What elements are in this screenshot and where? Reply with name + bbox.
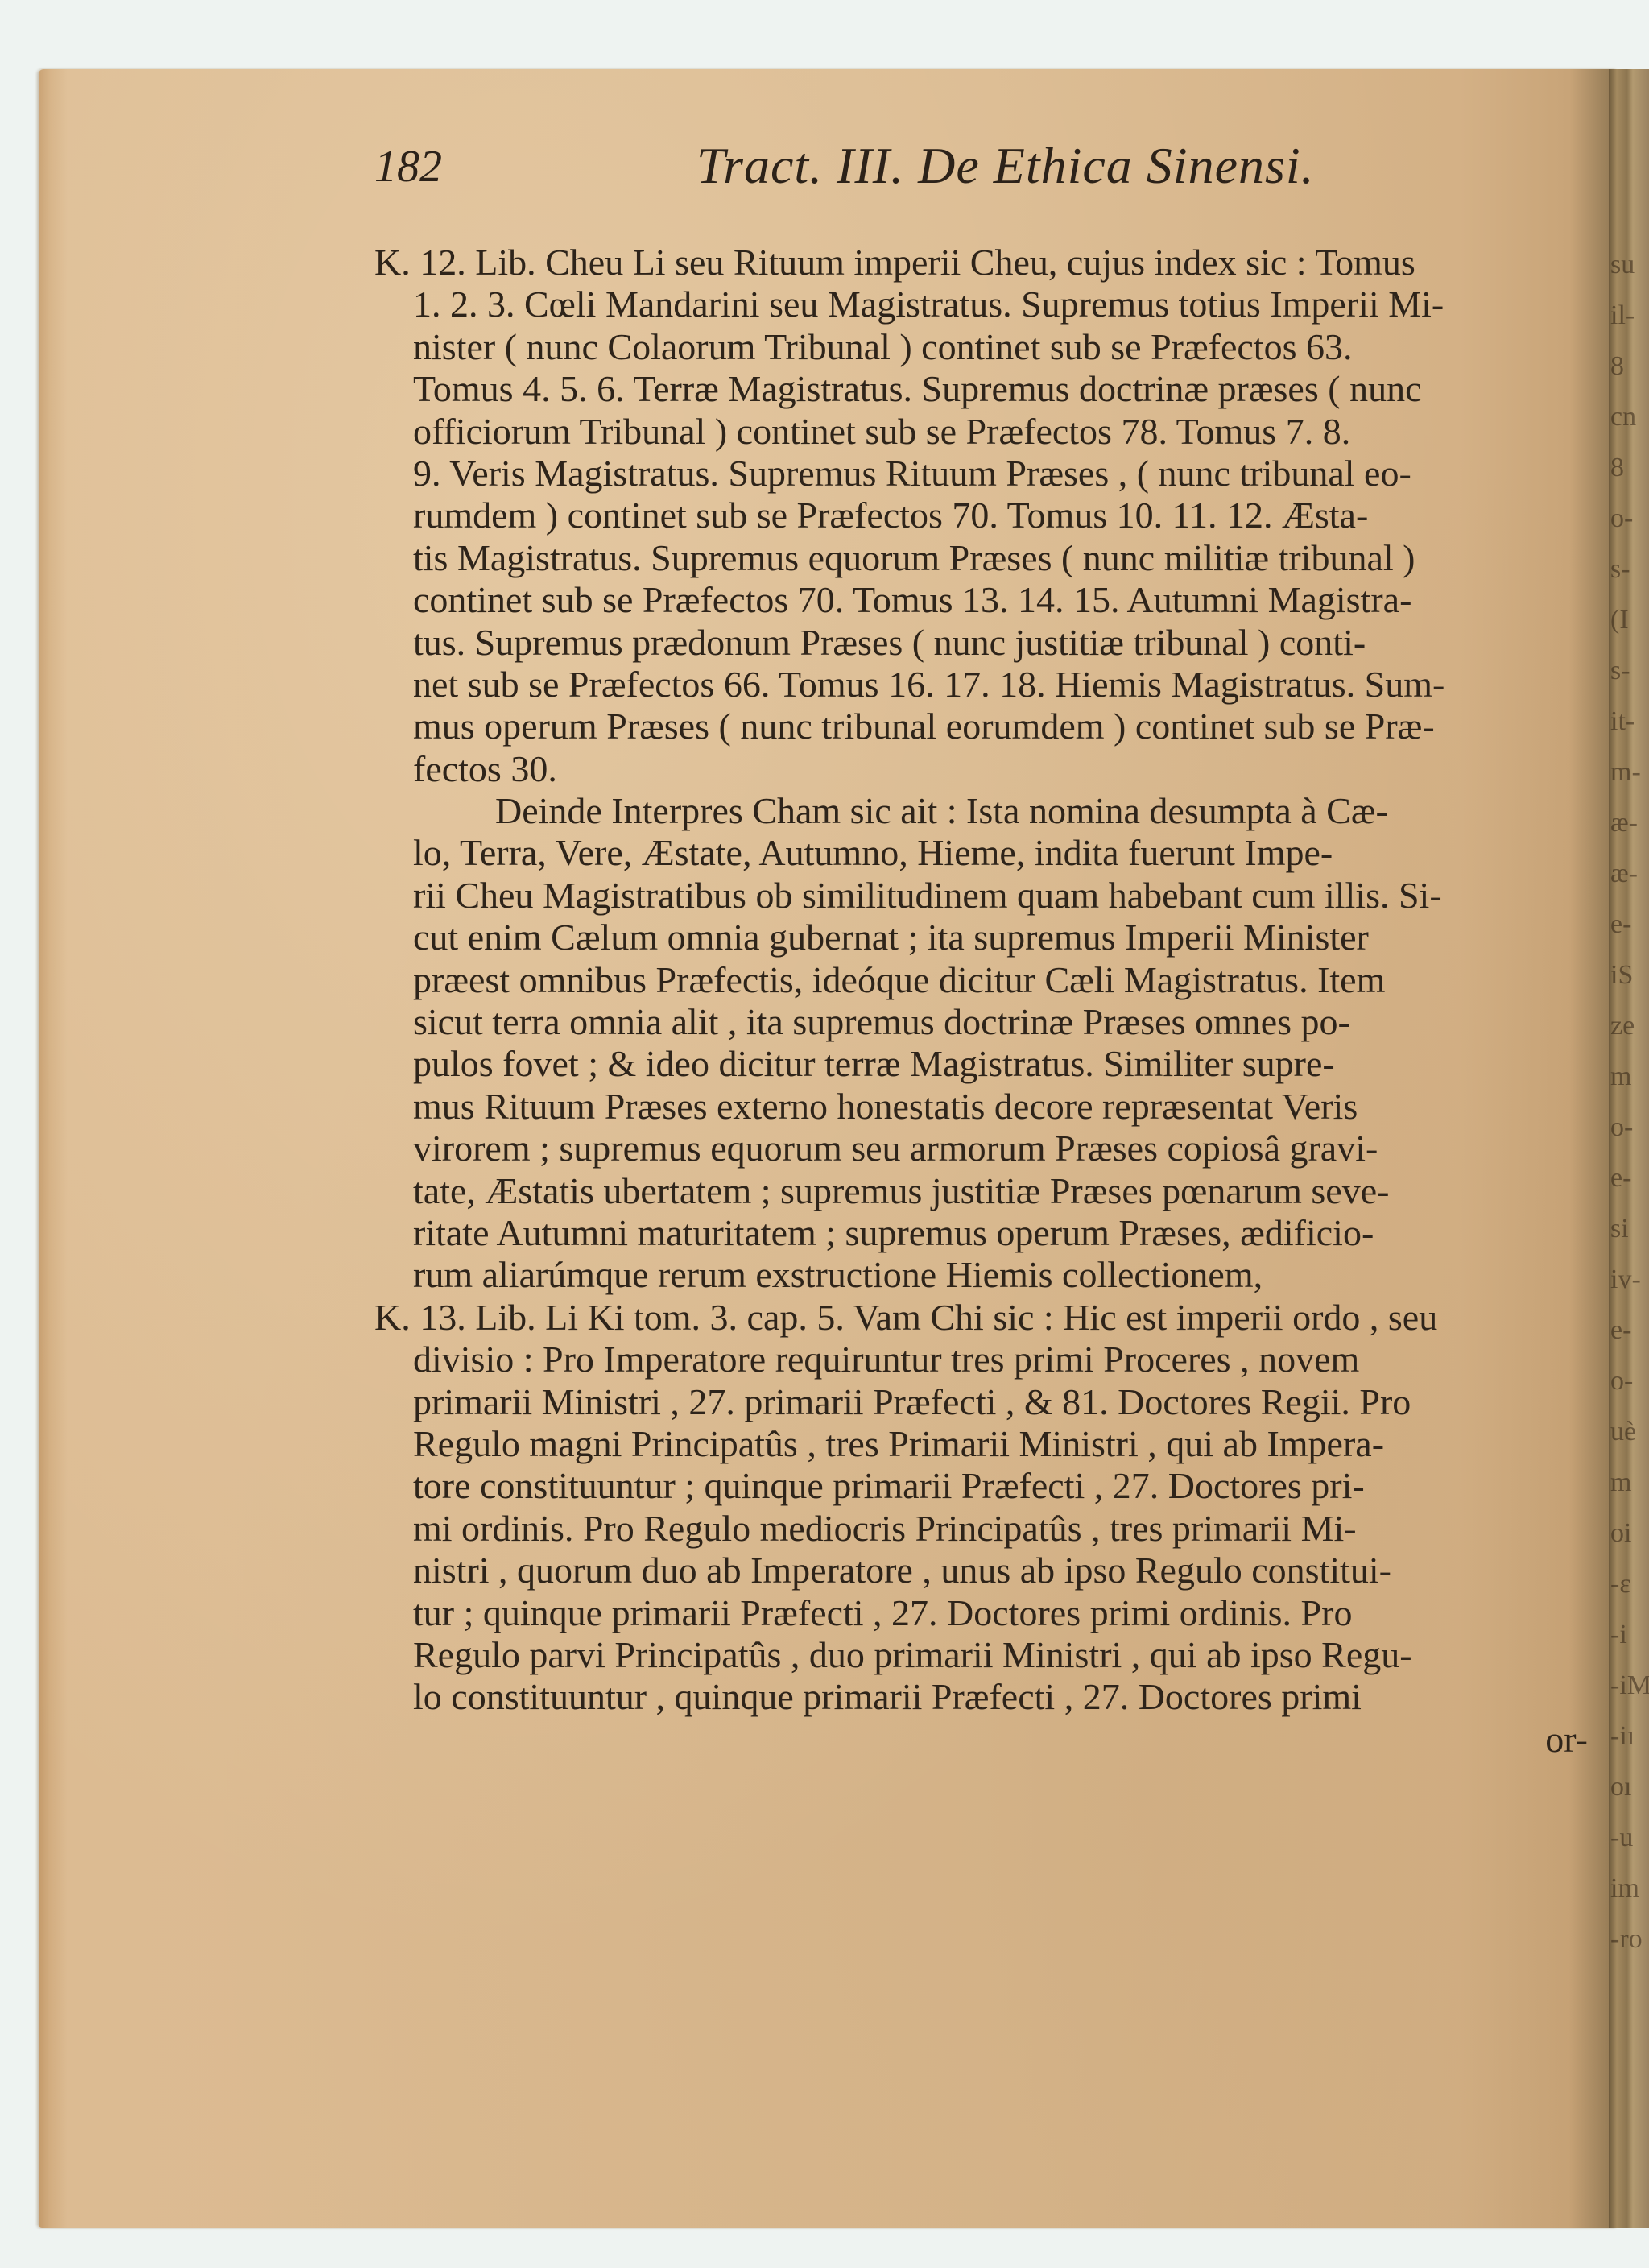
bleed-fragment: im — [1610, 1873, 1639, 1904]
body-text: K. 12. Lib. Cheu Li seu Rituum imperii C… — [374, 242, 1618, 1761]
text-line: 9. Veris Magistratus. Supremus Rituum Pr… — [374, 453, 1618, 495]
bleed-fragment: iv- — [1610, 1264, 1641, 1295]
bleed-fragment: -iM — [1610, 1670, 1649, 1701]
text-line: mus Rituum Præses externo honestatis dec… — [374, 1086, 1618, 1128]
bleed-fragment: 8 — [1610, 351, 1624, 382]
text-line: K. 12. Lib. Cheu Li seu Rituum imperii C… — [374, 242, 1618, 283]
bleed-fragment: ze — [1610, 1011, 1635, 1041]
bleed-fragment: s- — [1610, 554, 1630, 585]
bleed-fragment: e- — [1610, 1163, 1631, 1194]
bleed-fragment: æ- — [1610, 859, 1638, 889]
bleed-fragment: e- — [1610, 909, 1631, 940]
text-line: tis Magistratus. Supremus equorum Præses… — [374, 537, 1618, 579]
bleed-fragment: si — [1610, 1214, 1629, 1244]
facing-page-bleed: suil-8cn8o-s-(Is-it-m-æ-æ-e-iSzemo-e-sii… — [1609, 0, 1649, 2268]
bleed-fragment: su — [1610, 250, 1635, 280]
bleed-fragment: -u — [1610, 1823, 1633, 1853]
text-line: mus operum Præses ( nunc tribunal eorumd… — [374, 706, 1618, 747]
text-line: Deinde Interpres Cham sic ait : Ista nom… — [374, 790, 1618, 832]
text-line: cut enim Cælum omnia gubernat ; ita supr… — [374, 917, 1618, 958]
page-header: 182 Tract. III. De Ethica Sinensi. — [374, 141, 1606, 205]
bleed-fragment: oi — [1610, 1518, 1631, 1549]
text-line: ritate Autumni maturitatem ; supremus op… — [374, 1212, 1618, 1254]
bleed-fragment: m — [1610, 1062, 1631, 1092]
text-line: præest omnibus Præfectis, ideóque dicitu… — [374, 959, 1618, 1001]
bleed-fragment: -i — [1610, 1620, 1627, 1650]
bleed-fragment: (I — [1610, 605, 1629, 635]
text-line: lo constituuntur , quinque primarii Præf… — [374, 1676, 1618, 1718]
bleed-fragment: it- — [1610, 706, 1635, 737]
text-line: rum aliarúmque rerum exstructione Hiemis… — [374, 1254, 1618, 1296]
text-line: tur ; quinque primarii Præfecti , 27. Do… — [374, 1592, 1618, 1634]
bleed-fragment: -iı — [1610, 1721, 1635, 1752]
text-line: rumdem ) continet sub se Præfectos 70. T… — [374, 495, 1618, 536]
bleed-fragment: m — [1610, 1467, 1631, 1498]
text-line: fectos 30. — [374, 748, 1618, 790]
text-line: net sub se Præfectos 66. Tomus 16. 17. 1… — [374, 664, 1618, 706]
text-line: pulos fovet ; & ideo dicitur terræ Magis… — [374, 1043, 1618, 1085]
bleed-fragment: -ro — [1610, 1924, 1643, 1955]
text-line: nister ( nunc Colaorum Tribunal ) contin… — [374, 326, 1618, 368]
text-line: divisio : Pro Imperatore requiruntur tre… — [374, 1339, 1618, 1380]
text-line: primarii Ministri , 27. primarii Præfect… — [374, 1381, 1618, 1423]
bleed-fragment: oı — [1610, 1772, 1631, 1802]
catchword: or- — [374, 1719, 1618, 1761]
bleed-fragment: o- — [1610, 1366, 1633, 1397]
text-line: tore constituuntur ; quinque primarii Pr… — [374, 1465, 1618, 1507]
bleed-fragment: 8 — [1610, 453, 1624, 483]
text-line: nistri , quorum duo ab Imperatore , unus… — [374, 1550, 1618, 1591]
text-line: K. 13. Lib. Li Ki tom. 3. cap. 5. Vam Ch… — [374, 1297, 1618, 1339]
bleed-fragment: m- — [1610, 757, 1641, 788]
text-line: lo, Terra, Vere, Æstate, Autumno, Hieme,… — [374, 832, 1618, 874]
text-line: tate, Æstatis ubertatem ; supremus justi… — [374, 1170, 1618, 1212]
text-line: 1. 2. 3. Cœli Mandarini seu Magistratus.… — [374, 283, 1618, 325]
text-line: Regulo magni Principatûs , tres Primarii… — [374, 1423, 1618, 1465]
bleed-fragment: æ- — [1610, 808, 1638, 838]
text-line: virorem ; supremus equorum seu armorum P… — [374, 1128, 1618, 1169]
text-line: Tomus 4. 5. 6. Terræ Magistratus. Suprem… — [374, 368, 1618, 410]
bleed-fragment: e- — [1610, 1315, 1631, 1346]
bleed-fragment: o- — [1610, 1112, 1633, 1143]
bleed-fragment: il- — [1610, 300, 1635, 331]
bleed-fragment: o- — [1610, 503, 1633, 534]
page-number: 182 — [374, 141, 442, 192]
bleed-fragment: cn — [1610, 402, 1636, 432]
text-line: officiorum Tribunal ) continet sub se Pr… — [374, 411, 1618, 453]
text-line: Regulo parvi Principatûs , duo primarii … — [374, 1634, 1618, 1676]
text-line: mi ordinis. Pro Regulo mediocris Princip… — [374, 1508, 1618, 1550]
bleed-fragment: uè — [1610, 1417, 1636, 1447]
text-line: rii Cheu Magistratibus ob similitudinem … — [374, 875, 1618, 917]
text-line: tus. Supremus prædonum Præses ( nunc jus… — [374, 622, 1618, 664]
bleed-fragment: iS — [1610, 960, 1633, 991]
bleed-fragment: s- — [1610, 656, 1630, 686]
text-line: continet sub se Præfectos 70. Tomus 13. … — [374, 579, 1618, 621]
running-head: Tract. III. De Ethica Sinensi. — [696, 136, 1315, 196]
bleed-fragment: -ε — [1610, 1569, 1631, 1600]
text-line: sicut terra omnia alit , ita supremus do… — [374, 1001, 1618, 1043]
